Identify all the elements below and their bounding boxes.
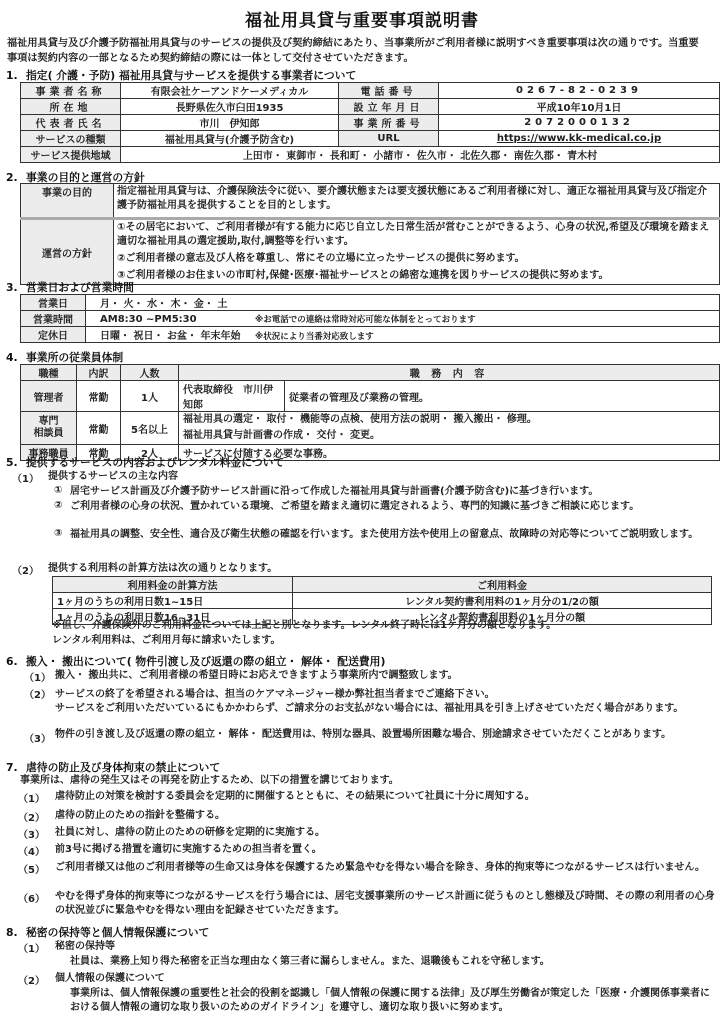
privacy-item-text: 事業所は、個人情報保護の重要性と社会的役割を認識し「個人情報の保護に関する法律」…	[70, 987, 715, 1015]
website-link[interactable]: https://www.kk-medical.co.jp	[439, 131, 720, 147]
fee-note: レンタル利用料は、ご利用月毎に請求いたします。	[52, 634, 281, 648]
table-row: 所在地 長野県佐久市臼田1935 設立年月日 平成10年10月1日	[21, 99, 720, 115]
section-8-heading: 8.秘密の保持等と個人情報保護について	[6, 925, 209, 940]
document-page: 福祉用具貸与重要事項説明書 福祉用具貸与及び介護予防福祉用具貸与のサービスの提供…	[0, 0, 724, 1024]
table-row: 営業日 月・ 火・ 水・ 木・ 金・ 土	[21, 295, 720, 311]
section-6-heading: 6.搬入・ 搬出について( 物件引渡し及び返還の際の組立・ 解体・ 配送費用)	[6, 654, 385, 669]
privacy-item-title: 秘密の保持等	[55, 940, 115, 954]
purpose-policy-table: 事業の目的 指定福祉用具貸与は、介護保険法令に従い、要介護状態または要支援状態に…	[20, 183, 720, 285]
service-item: 福祉用具の調整、安全性、適合及び衛生状態の確認を行います。また使用方法や使用上の…	[70, 528, 710, 542]
abuse-item: 虐待防止の対策を検討する委員会を定期的に開催するとともに、その結果について社員に…	[55, 790, 715, 804]
privacy-item-title: 個人情報の保護について	[55, 972, 165, 986]
delivery-item: サービスの終了を希望される場合は、担当のケアマネージャー様か弊社担当者までご連絡…	[55, 688, 715, 716]
document-title: 福祉用具貸与重要事項説明書	[0, 6, 724, 31]
abuse-item: 社員に対し、虐待の防止のための研修を定期的に実施する。	[55, 826, 715, 840]
fee-table: 利用料金の計算方法 ご利用料金 1ヶ月のうちの利用日数1~15日 レンタル契約書…	[52, 576, 712, 625]
policy-item: ①その居宅において、ご利用者様が有する能力に応じ自立した日常生活が営むことができ…	[117, 221, 716, 249]
fee-note: ※但し、介護保険外のご利用料金については上記と別となります。レンタル終了時には1…	[52, 619, 556, 633]
section-1-heading: 1.指定( 介護・予防) 福祉用具貸与サービスを提供する事業者について	[6, 68, 356, 83]
section-4-heading: 4.事業所の従業員体制	[6, 350, 123, 365]
table-row: 事業者名称 有限会社ケーアンドケーメディカル 電話番号 0267-82-0239	[21, 83, 720, 99]
abuse-item: ご利用者様又は他のご利用者様等の生命又は身体を保護するため緊急やむを得ない場合を…	[55, 861, 715, 875]
staff-table: 職種 内訳 人数 職 務 内 容 管理者 常勤 1人 代表取締役 市川伊知郎 従…	[20, 364, 720, 461]
subsection-title: 提供する利用料の計算方法は次の通りとなります。	[48, 562, 277, 576]
table-row: サービス提供地域 上田市・ 東御市・ 長和町・ 小諸市・ 佐久市・ 北佐久郡・ …	[21, 147, 720, 163]
business-hours-table: 営業日 月・ 火・ 水・ 木・ 金・ 土 営業時間 AM8:30 ~PM5:30…	[20, 294, 720, 343]
policy-item: ③ご利用者様のお住まいの市町村,保健･医療･福祉サービスとの綿密な連携を図りサー…	[117, 269, 716, 283]
abuse-lead: 事業所は、虐待の発生又はその再発を防止するため、以下の措置を講じております。	[20, 774, 399, 788]
policy-item: ②ご利用者様の意志及び人格を尊重し、常にその立場に立ったサービスの提供に努めます…	[117, 252, 716, 266]
table-header-row: 利用料金の計算方法 ご利用料金	[53, 577, 712, 593]
abuse-item: 前3号に掲げる措置を適切に実施するための担当者を置く。	[55, 843, 715, 857]
table-row: 定休日 日曜・ 祝日・ お盆・ 年末年始※状況により当番対応致します	[21, 327, 720, 343]
section-3-heading: 3.営業日および営業時間	[6, 280, 134, 295]
delivery-item: 物件の引き渡し及び返還の際の組立・ 解体・ 配送費用は、特別な器具、設置場所困難…	[55, 728, 715, 742]
table-row: 代表者氏名 市川 伊知郎 事業所番号 2072000132	[21, 115, 720, 131]
provider-info-table: 事業者名称 有限会社ケーアンドケーメディカル 電話番号 0267-82-0239…	[20, 82, 720, 163]
abuse-item: やむを得ず身体的拘束等につながるサービスを行う場合には、居宅支援事業所のサービス…	[55, 890, 715, 918]
table-row: 事業の目的 指定福祉用具貸与は、介護保険法令に従い、要介護状態または要支援状態に…	[21, 184, 720, 219]
delivery-item: 搬入・ 搬出共に、ご利用者様の希望日時にお応えできますよう事業所内で調整致します…	[55, 669, 715, 683]
section-5-heading: 5.提供するサービスの内容およびレンタル料金について	[6, 455, 284, 470]
table-header-row: 職種 内訳 人数 職 務 内 容	[21, 365, 720, 381]
table-row: サービスの種類 福祉用具貸与(介護予防含む) URL https://www.k…	[21, 131, 720, 147]
service-item: ご利用者様の心身の状況、置かれている環境、ご希望を踏まえ適切に選定されるよう、専…	[70, 500, 710, 514]
intro-paragraph: 福祉用具貸与及び介護予防福祉用具貸与のサービスの提供及び契約締結にあたり、当事業…	[7, 36, 707, 66]
privacy-item-text: 社員は、業務上知り得た秘密を正当な理由なく第三者に漏らしません。また、退職後もこ…	[70, 955, 715, 969]
table-row: 運営の方針 ①その居宅において、ご利用者様が有する能力に応じ自立した日常生活が営…	[21, 219, 720, 285]
table-row: 営業時間 AM8:30 ~PM5:30※お電話での連絡は常時対応可能な体制をとっ…	[21, 311, 720, 327]
table-row: 1ヶ月のうちの利用日数1~15日 レンタル契約書利用料の1ヶ月分の1/2の額	[53, 593, 712, 609]
table-row: 管理者 常勤 1人 代表取締役 市川伊知郎 従業者の管理及び業務の管理。	[21, 381, 720, 412]
subsection-title: 提供するサービスの主な内容	[48, 470, 178, 484]
service-item: 居宅サービス計画及び介護予防サービス計画に沿って作成した福祉用具貸与計画書(介護…	[70, 485, 710, 499]
table-row: 専門相談員 常勤 5名以上 福祉用具の選定・ 取付・ 機能等の点検、使用方法の説…	[21, 412, 720, 445]
abuse-item: 虐待の防止のための指針を整備する。	[55, 809, 715, 823]
section-7-heading: 7.虐待の防止及び身体拘束の禁止について	[6, 760, 220, 775]
